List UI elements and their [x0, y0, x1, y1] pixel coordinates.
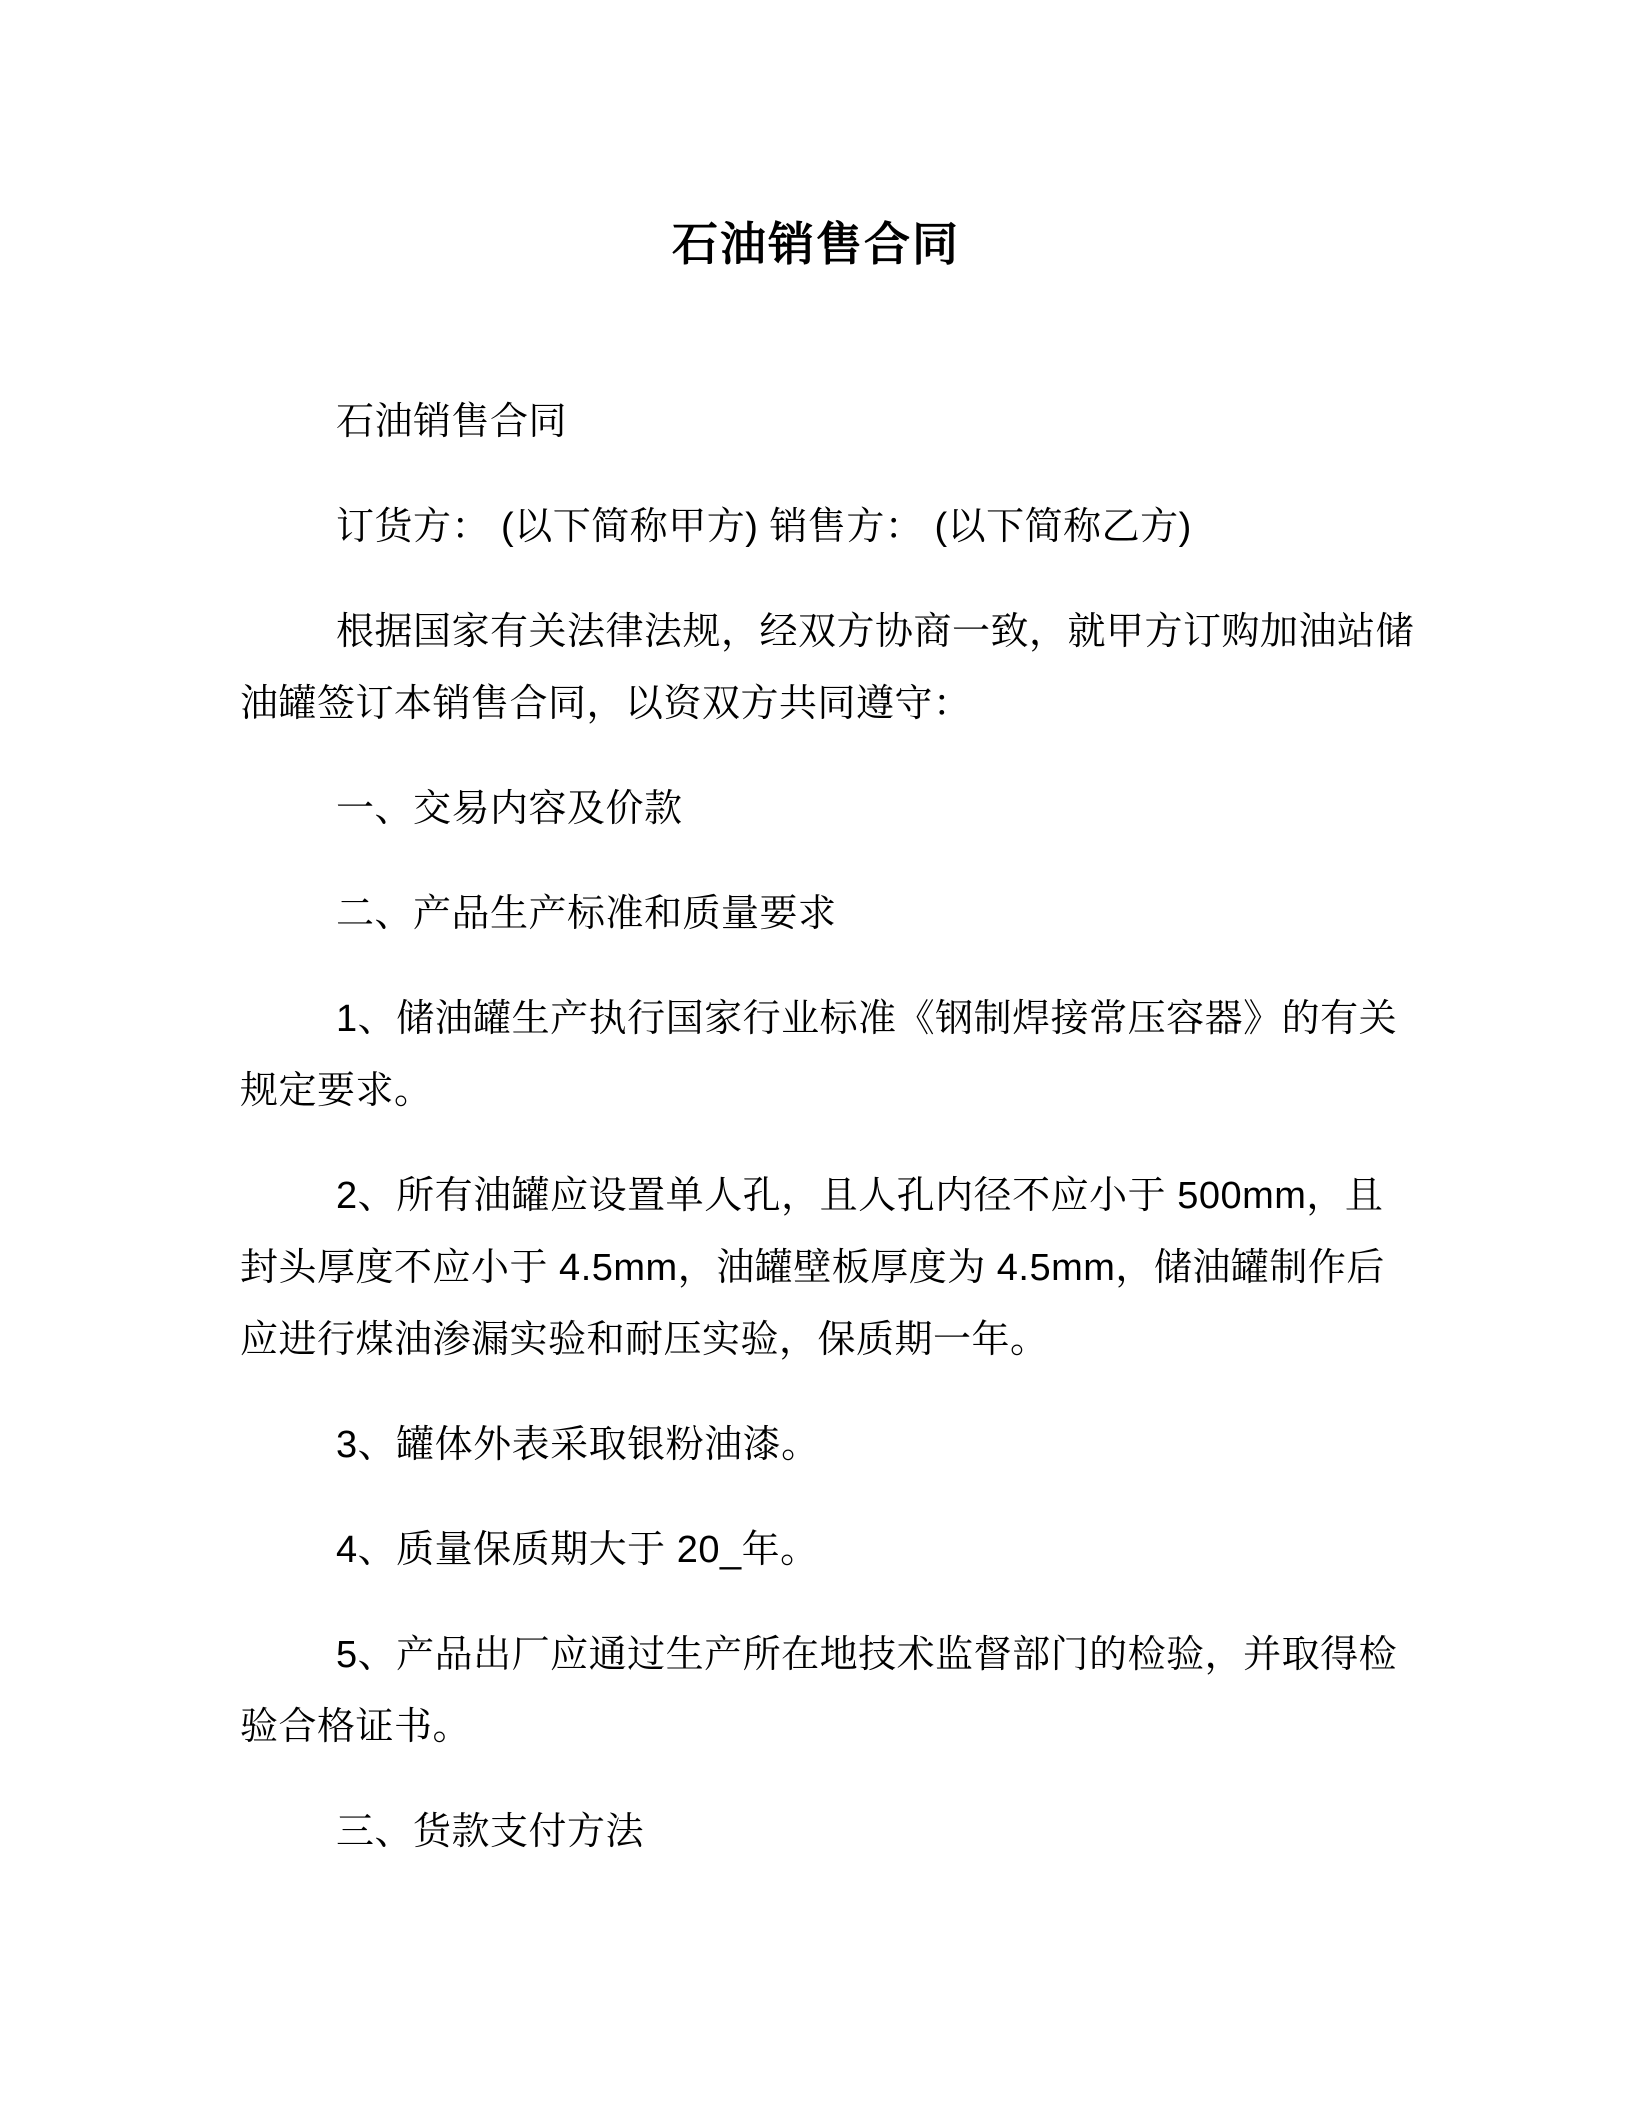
paragraph-line: 5、产品出厂应通过生产所在地技术监督部门的检验，并取得检 — [240, 1619, 1392, 1691]
paragraph-item-1: 1、储油罐生产执行国家行业标准《钢制焊接常压容器》的有关 规定要求。 — [240, 983, 1392, 1127]
paragraph-line: 验合格证书。 — [240, 1691, 1392, 1763]
paragraph-parties: 订货方： (以下简称甲方) 销售方： (以下简称乙方) — [240, 491, 1392, 563]
paragraph-line: 应进行煤油渗漏实验和耐压实验，保质期一年。 — [240, 1304, 1392, 1376]
paragraph-section-2: 二、产品生产标准和质量要求 — [240, 878, 1392, 950]
paragraph-line: 一、交易内容及价款 — [240, 773, 1392, 845]
paragraph-line: 封头厚度不应小于 4.5mm，油罐壁板厚度为 4.5mm，储油罐制作后 — [240, 1232, 1392, 1304]
paragraph-preamble: 根据国家有关法律法规，经双方协商一致，就甲方订购加油站储 油罐签订本销售合同，以… — [240, 596, 1392, 740]
paragraph-subtitle: 石油销售合同 — [240, 386, 1392, 458]
paragraph-line: 1、储油罐生产执行国家行业标准《钢制焊接常压容器》的有关 — [240, 983, 1392, 1055]
document-page: 石油销售合同 石油销售合同 订货方： (以下简称甲方) 销售方： (以下简称乙方… — [0, 0, 1632, 2112]
document-title: 石油销售合同 — [240, 208, 1392, 280]
paragraph-line: 油罐签订本销售合同，以资双方共同遵守： — [240, 668, 1392, 740]
paragraph-item-3: 3、罐体外表采取银粉油漆。 — [240, 1409, 1392, 1481]
paragraph-line: 订货方： (以下简称甲方) 销售方： (以下简称乙方) — [240, 491, 1392, 563]
paragraph-item-5: 5、产品出厂应通过生产所在地技术监督部门的检验，并取得检 验合格证书。 — [240, 1619, 1392, 1763]
paragraph-line: 三、货款支付方法 — [240, 1796, 1392, 1868]
paragraph-item-4: 4、质量保质期大于 20_年。 — [240, 1514, 1392, 1586]
paragraph-line: 二、产品生产标准和质量要求 — [240, 878, 1392, 950]
paragraph-section-1: 一、交易内容及价款 — [240, 773, 1392, 845]
paragraph-line: 3、罐体外表采取银粉油漆。 — [240, 1409, 1392, 1481]
paragraph-line: 根据国家有关法律法规，经双方协商一致，就甲方订购加油站储 — [240, 596, 1392, 668]
paragraph-line: 2、所有油罐应设置单人孔，且人孔内径不应小于 500mm，且 — [240, 1160, 1392, 1232]
paragraph-line: 石油销售合同 — [240, 386, 1392, 458]
paragraph-item-2: 2、所有油罐应设置单人孔，且人孔内径不应小于 500mm，且 封头厚度不应小于 … — [240, 1160, 1392, 1376]
paragraph-line: 4、质量保质期大于 20_年。 — [240, 1514, 1392, 1586]
paragraph-section-3: 三、货款支付方法 — [240, 1796, 1392, 1868]
document-body: 石油销售合同 订货方： (以下简称甲方) 销售方： (以下简称乙方) 根据国家有… — [240, 386, 1392, 1868]
paragraph-line: 规定要求。 — [240, 1055, 1392, 1127]
